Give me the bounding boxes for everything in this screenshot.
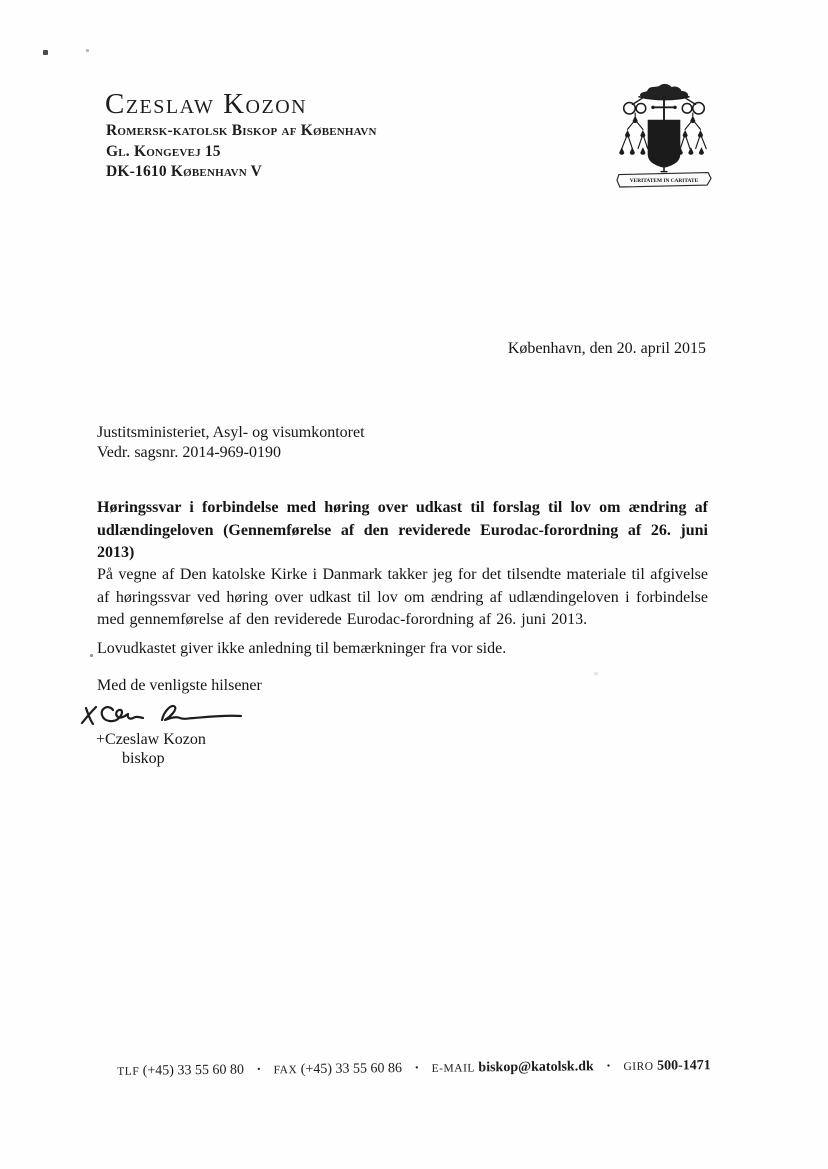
letterhead-name: Czeslaw Kozon bbox=[105, 88, 307, 121]
letterhead-address-line1: Gl. Kongevej 15 bbox=[106, 143, 221, 161]
signatory-title: biskop bbox=[122, 750, 165, 768]
giro-label: GIRO bbox=[623, 1061, 653, 1073]
email-value: biskop@katolsk.dk bbox=[478, 1059, 594, 1075]
recipient-line: Justitsministeriet, Asyl- og visumkontor… bbox=[97, 423, 365, 443]
letterhead-title: Romersk-katolsk Biskop af København bbox=[106, 122, 377, 140]
fax-label: FAX bbox=[274, 1064, 298, 1076]
date-line: København, den 20. april 2015 bbox=[508, 340, 706, 358]
giro-value: 500-1471 bbox=[657, 1058, 711, 1074]
signatory-name: +Czeslaw Kozon bbox=[96, 731, 206, 749]
fax-value: (+45) 33 55 60 86 bbox=[301, 1061, 402, 1077]
footer-contact-line: TLF (+45) 33 55 60 80 · FAX (+45) 33 55 … bbox=[0, 1057, 828, 1081]
email-label: E-MAIL bbox=[432, 1062, 475, 1074]
scan-artifact bbox=[43, 50, 48, 55]
letterhead-address-line2: DK-1610 København V bbox=[106, 163, 262, 181]
crest-motto: VERITATEM IN CARITATE bbox=[630, 178, 699, 184]
subject-line: Høringssvar i forbindelse med høring ove… bbox=[97, 497, 708, 565]
closing-salutation: Med de venligste hilsener bbox=[97, 677, 262, 695]
footer-separator: · bbox=[606, 1059, 611, 1075]
bishop-coat-of-arms-icon: VERITATEM IN CARITATE bbox=[616, 80, 712, 198]
body-paragraph-1: På vegne af Den katolske Kirke i Danmark… bbox=[97, 564, 708, 632]
scan-artifact bbox=[90, 654, 93, 657]
body-paragraph-2: Lovudkastet giver ikke anledning til bem… bbox=[97, 640, 737, 658]
recipient-block: Justitsministeriet, Asyl- og visumkontor… bbox=[97, 423, 365, 462]
phone-label: TLF bbox=[117, 1066, 139, 1078]
scan-artifact bbox=[594, 672, 598, 675]
phone-value: (+45) 33 55 60 80 bbox=[143, 1063, 244, 1079]
case-number-line: Vedr. sagsnr. 2014-969-0190 bbox=[97, 443, 365, 463]
scanned-letter-page: Czeslaw Kozon Romersk-katolsk Biskop af … bbox=[0, 0, 828, 1169]
scan-artifact bbox=[86, 49, 89, 52]
handwritten-signature bbox=[78, 696, 250, 736]
footer-separator: · bbox=[256, 1062, 261, 1078]
footer-separator: · bbox=[414, 1061, 419, 1077]
